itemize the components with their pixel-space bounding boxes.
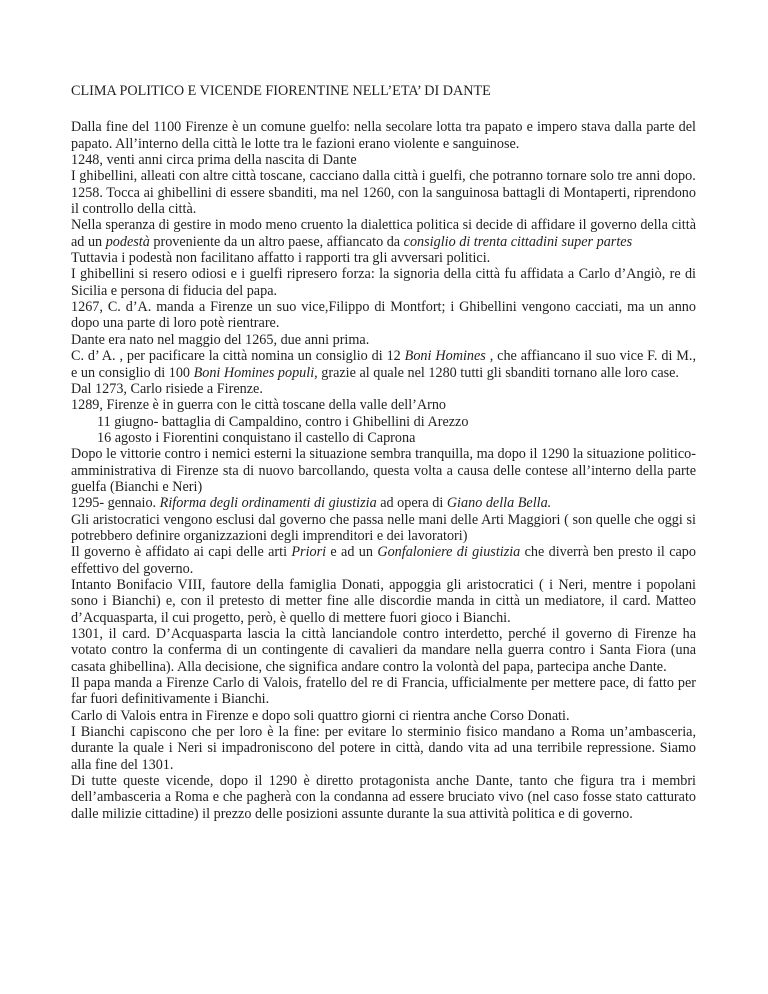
document-page: CLIMA POLITICO E VICENDE FIORENTINE NELL…	[0, 0, 768, 994]
italic-text-run: Priori	[291, 544, 326, 560]
text-run: I Bianchi capiscono che per loro è la fi…	[71, 724, 696, 773]
text-run: e ad un	[326, 544, 377, 560]
italic-text-run: podestà	[106, 234, 150, 250]
paragraph: Dalla fine del 1100 Firenze è un comune …	[71, 119, 696, 152]
text-run: Dalla fine del 1100 Firenze è un comune …	[71, 119, 696, 151]
text-run: 16 agosto i Fiorentini conquistano il ca…	[97, 430, 415, 446]
paragraph: C. d’ A. , per pacificare la città nomin…	[71, 348, 696, 381]
text-run: Dante era nato nel maggio del 1265, due …	[71, 332, 369, 348]
text-run: grazie al quale nel 1280 tutti gli sband…	[318, 365, 679, 381]
text-run: Intanto Bonifacio VIII, fautore della fa…	[71, 577, 696, 626]
paragraph: Tuttavia i podestà non facilitano affatt…	[71, 250, 696, 266]
text-run: 1258. Tocca ai ghibellini di essere sban…	[71, 185, 696, 217]
italic-text-run: consiglio di trenta cittadini super part…	[404, 234, 632, 250]
italic-text-run: Boni Homines	[405, 348, 486, 364]
paragraph: I Bianchi capiscono che per loro è la fi…	[71, 724, 696, 773]
text-run: 1289, Firenze è in guerra con le città t…	[71, 397, 446, 413]
paragraph-indented: 16 agosto i Fiorentini conquistano il ca…	[71, 430, 696, 446]
paragraph: Di tutte queste vicende, dopo il 1290 è …	[71, 773, 696, 822]
text-run: Gli aristocratici vengono esclusi dal go…	[71, 512, 696, 544]
document-title: CLIMA POLITICO E VICENDE FIORENTINE NELL…	[71, 83, 696, 99]
text-run: I ghibellini si resero odiosi e i guelfi…	[71, 266, 696, 298]
paragraph: Dopo le vittorie contro i nemici esterni…	[71, 446, 696, 495]
text-run: 1248, venti anni circa prima della nasci…	[71, 152, 357, 168]
text-run: Dal 1273, Carlo risiede a Firenze.	[71, 381, 263, 397]
paragraph: Dal 1273, Carlo risiede a Firenze.	[71, 381, 696, 397]
paragraph: Il papa manda a Firenze Carlo di Valois,…	[71, 675, 696, 708]
italic-text-run: Gonfaloniere di giustizia	[377, 544, 520, 560]
paragraph: Carlo di Valois entra in Firenze e dopo …	[71, 708, 696, 724]
text-run: Carlo di Valois entra in Firenze e dopo …	[71, 708, 570, 724]
text-run: Il governo è affidato ai capi delle arti	[71, 544, 291, 560]
document-body: Dalla fine del 1100 Firenze è un comune …	[71, 119, 696, 822]
paragraph: I ghibellini si resero odiosi e i guelfi…	[71, 266, 696, 299]
paragraph: Il governo è affidato ai capi delle arti…	[71, 544, 696, 577]
paragraph: 1258. Tocca ai ghibellini di essere sban…	[71, 185, 696, 218]
italic-text-run: Boni Homines populi,	[194, 365, 318, 381]
text-run: Tuttavia i podestà non facilitano affatt…	[71, 250, 490, 266]
text-run: 1295- gennaio.	[71, 495, 160, 511]
text-run: Il papa manda a Firenze Carlo di Valois,…	[71, 675, 696, 707]
paragraph-indented: 11 giugno- battaglia di Campaldino, cont…	[71, 414, 696, 430]
paragraph: 1267, C. d’A. manda a Firenze un suo vic…	[71, 299, 696, 332]
text-run: I ghibellini, alleati con altre città to…	[71, 168, 696, 184]
paragraph: Dante era nato nel maggio del 1265, due …	[71, 332, 696, 348]
paragraph: 1289, Firenze è in guerra con le città t…	[71, 397, 696, 413]
paragraph: Intanto Bonifacio VIII, fautore della fa…	[71, 577, 696, 626]
paragraph: I ghibellini, alleati con altre città to…	[71, 168, 696, 184]
paragraph: 1248, venti anni circa prima della nasci…	[71, 152, 696, 168]
text-run: Di tutte queste vicende, dopo il 1290 è …	[71, 773, 696, 822]
paragraph: 1295- gennaio. Riforma degli ordinamenti…	[71, 495, 696, 511]
paragraph: Nella speranza di gestire in modo meno c…	[71, 217, 696, 250]
text-run: 1301, il card. D’Acquasparta lascia la c…	[71, 626, 696, 675]
text-run: ad opera di	[377, 495, 447, 511]
italic-text-run: Giano della Bella.	[447, 495, 551, 511]
text-run: Dopo le vittorie contro i nemici esterni…	[71, 446, 696, 495]
text-run: 11 giugno- battaglia di Campaldino, cont…	[97, 414, 468, 430]
paragraph: 1301, il card. D’Acquasparta lascia la c…	[71, 626, 696, 675]
text-run: C. d’ A. , per pacificare la città nomin…	[71, 348, 405, 364]
paragraph: Gli aristocratici vengono esclusi dal go…	[71, 512, 696, 545]
italic-text-run: Riforma degli ordinamenti di giustizia	[160, 495, 377, 511]
text-run: 1267, C. d’A. manda a Firenze un suo vic…	[71, 299, 696, 331]
text-run: proveniente da un altro paese, affiancat…	[150, 234, 404, 250]
